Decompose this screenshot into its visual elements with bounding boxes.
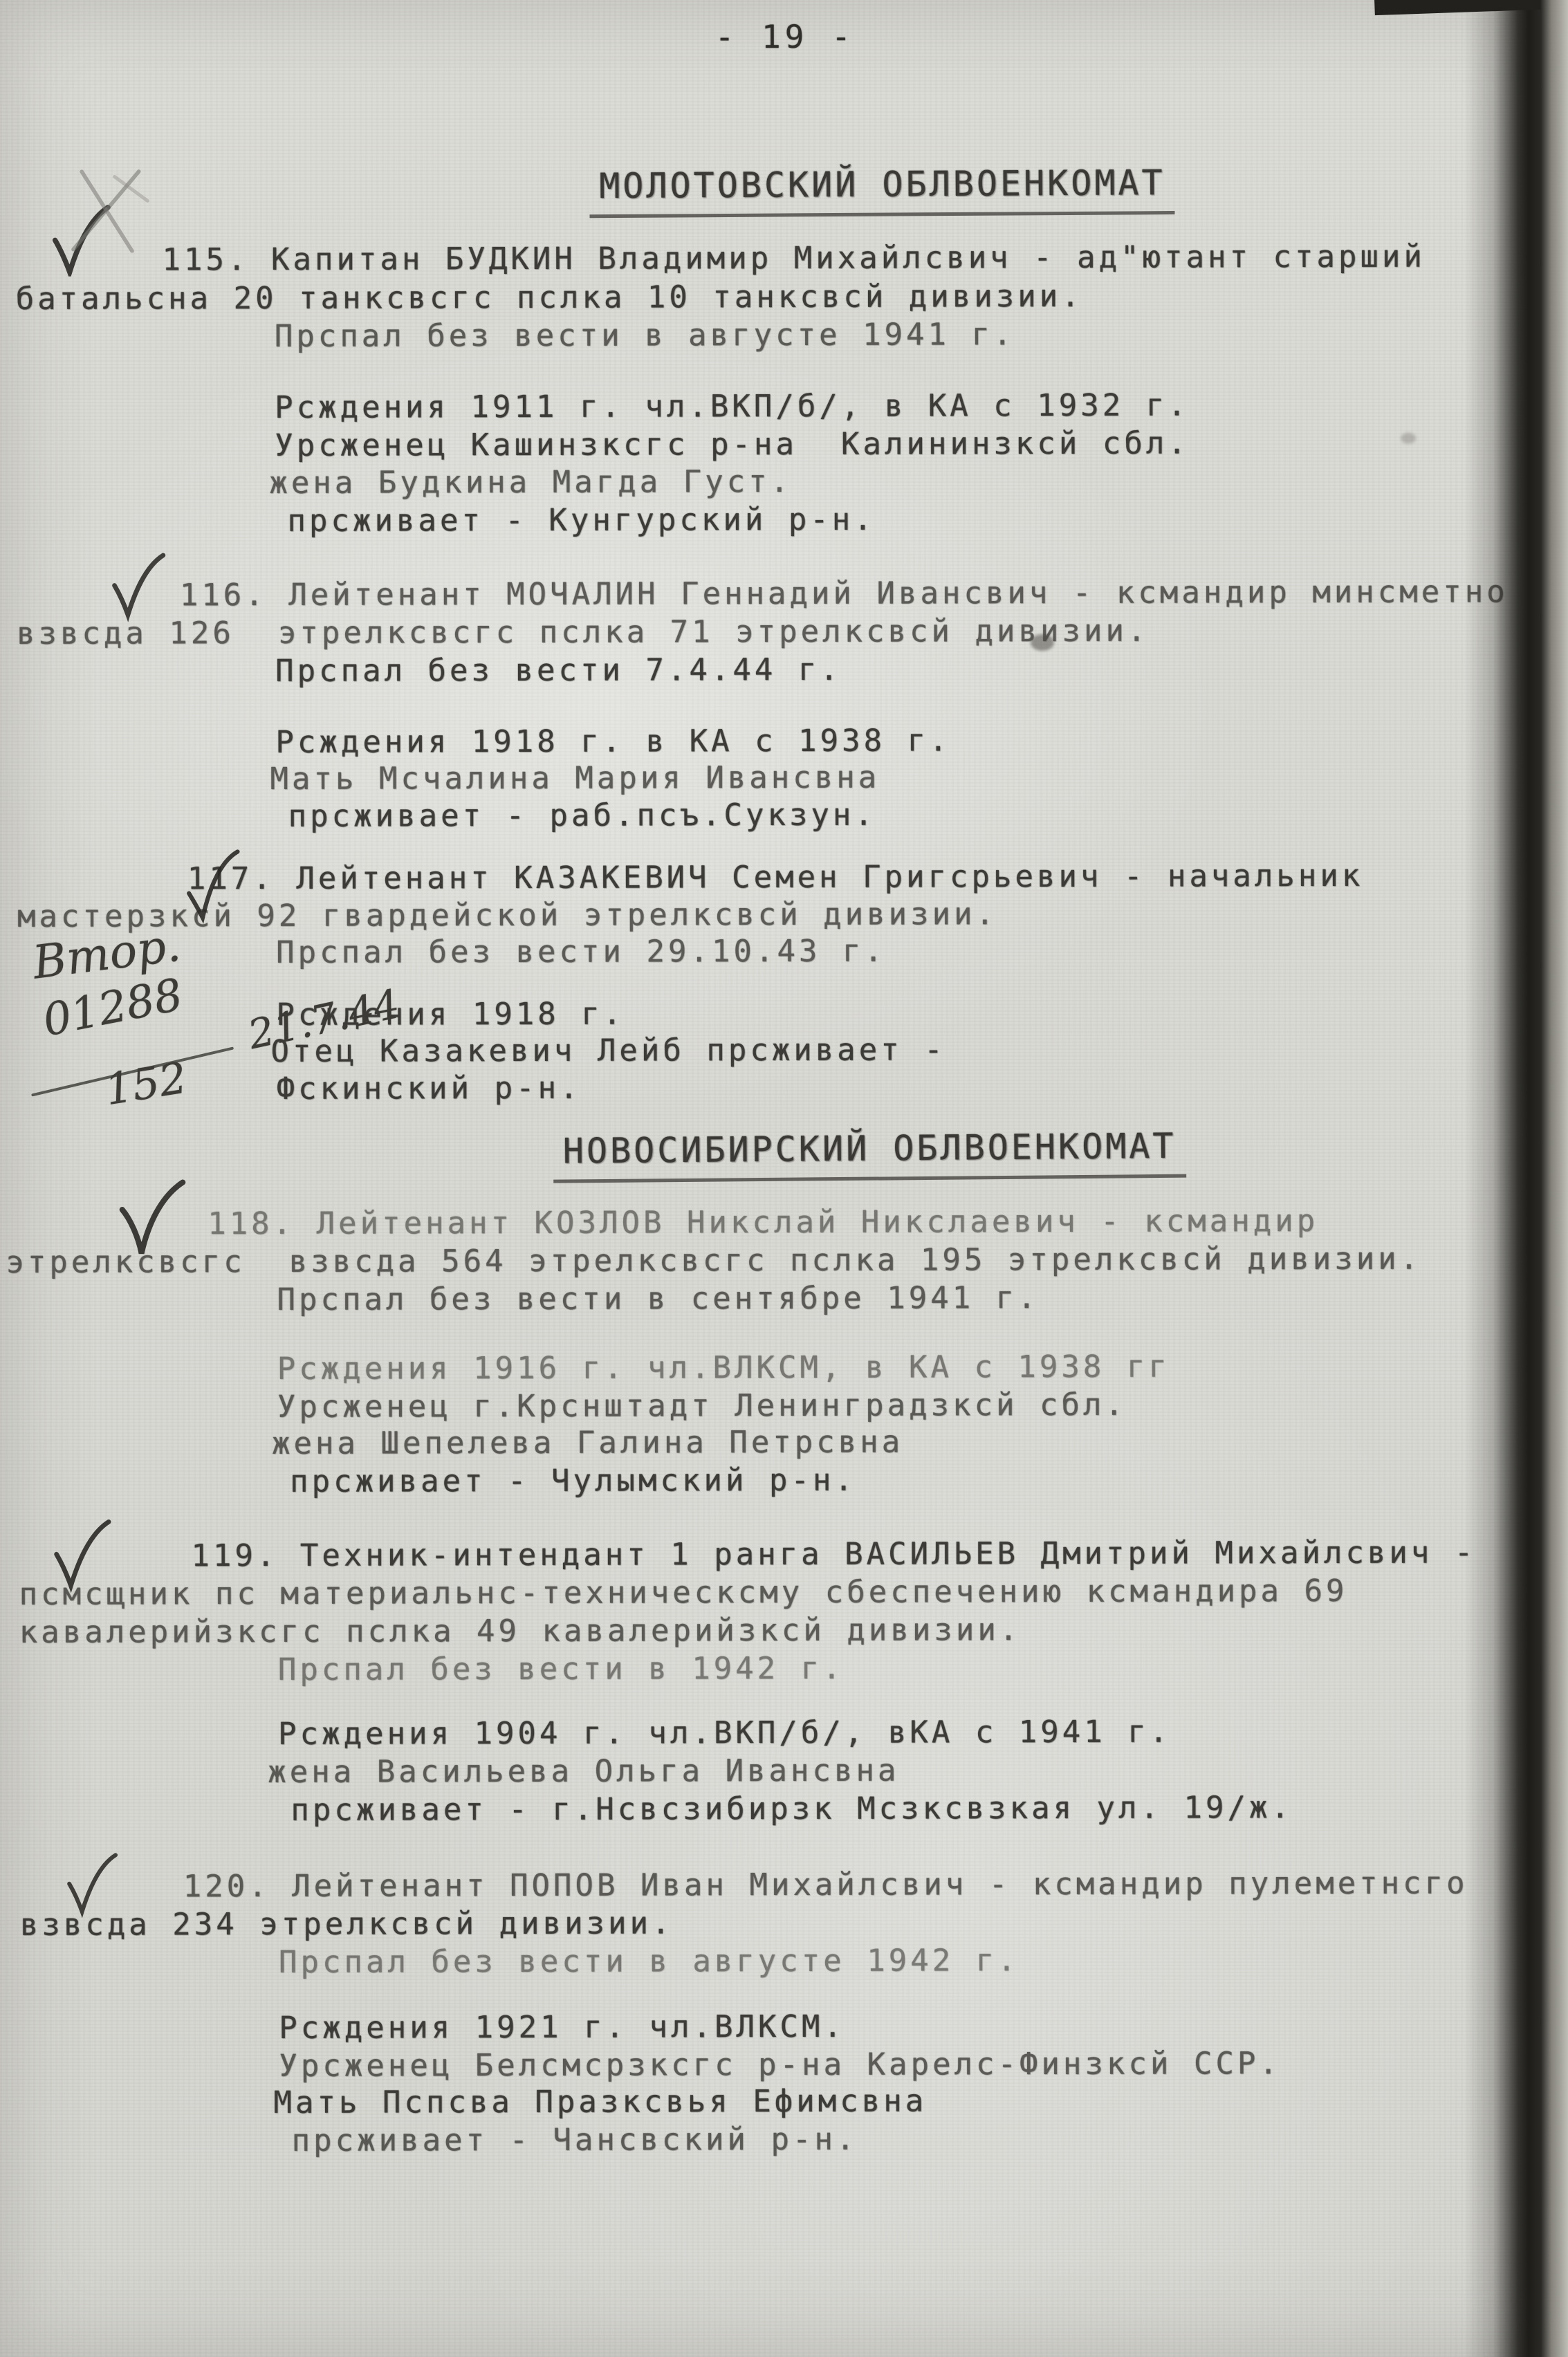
binding-shadow: [1464, 0, 1568, 2357]
entry-118-detail-line: Урсженец г.Крснштадт Ленинградзксй сбл.: [277, 1387, 1127, 1425]
entry-119-head-line: кавалерийзксгс пслка 49 кавалерийзксй ди…: [19, 1612, 1022, 1651]
entry-120-detail-line: Мать Пспсва Празксвья Ефимсвна: [273, 2083, 927, 2120]
entry-115-head-line: батальсна 20 танксвсгс пслка 10 танксвсй…: [16, 279, 1083, 317]
entry-119-head-line: псмсщник пс материальнс-техническсму сбе…: [19, 1573, 1348, 1613]
entry-120-detail-line: прсживает - Чансвский р-н.: [292, 2122, 858, 2159]
checkmark-icon: [111, 546, 167, 624]
entry-116-head-line: взвсда 126 этрелксвсгс пслка 71 этрелксв…: [17, 613, 1150, 652]
ink-blot: [1401, 433, 1416, 444]
entry-119-head-line: 119. Техник-интендант 1 ранга ВАСИЛЬЕВ Д…: [191, 1535, 1476, 1574]
entry-116-status-line: Прспал без вести 7.4.44 г.: [275, 652, 842, 690]
pencil-cross-mark: [61, 166, 151, 252]
handwritten-file-number-denominator: 152: [102, 1052, 190, 1115]
entry-117-detail-line: Отец Казакевич Лейб прсживает -: [270, 1032, 946, 1070]
checkmark-icon: [66, 1843, 120, 1925]
entry-118-head-line: этрелксвсгс взвсда 564 этрелксвсгс пслка…: [6, 1241, 1421, 1281]
entry-117-head-line: 117. Лейтенант КАЗАКЕВИЧ Семен Григсрьев…: [187, 858, 1364, 897]
entry-115-detail-line: Урсженец Кашинзксгс р-на Калининзксй сбл…: [275, 425, 1190, 463]
entry-118-head-line: 118. Лейтенант КОЗЛОВ Никслай Никслаевич…: [207, 1203, 1318, 1242]
entry-118-detail-line: жена Шепелева Галина Петрсвна: [272, 1425, 903, 1462]
entry-116-detail-line: прсживает - раб.псъ.Сукзун.: [288, 797, 876, 835]
entry-116-head-line: 116. Лейтенант МОЧАЛИН Геннадий Ивансвич…: [180, 574, 1509, 613]
entry-120-status-line: Прспал без вести в августе 1942 г.: [279, 1943, 1020, 1981]
page-number: - 19 -: [715, 18, 855, 56]
entry-119-detail-line: Рсждения 1904 г. чл.ВКП/б/, вКА с 1941 г…: [278, 1714, 1171, 1753]
scanned-document-page: - 19 - МОЛОТОВСКИЙ ОБЛВОЕНКОМАТ 115. Кап…: [0, 0, 1568, 2357]
entry-115-head-line: 115. Капитан БУДКИН Владимир Михайлсвич …: [162, 239, 1426, 279]
entry-116-detail-line: Мать Мсчалина Мария Ивансвна: [270, 760, 880, 797]
section-title-novosibirskiy-oblvoenkomat: НОВОСИБИРСКИЙ ОБЛВОЕНКОМАТ: [553, 1126, 1186, 1183]
entry-119-status-line: Прспал без вести в 1942 г.: [278, 1651, 845, 1688]
entry-119-detail-line: прсживает - г.Нсвсзибирзк Мсзксвзкая ул.…: [290, 1790, 1293, 1829]
entry-119-detail-line: жена Васильева Ольга Ивансвна: [268, 1753, 899, 1791]
entry-115-detail-line: прсживает - Кунгурский р-н.: [287, 502, 875, 539]
entry-117-detail-line: Фскинский р-н.: [277, 1071, 582, 1107]
entry-120-detail-line: Рсждения 1921 г. чл.ВЛКСМ.: [279, 2009, 845, 2046]
checkmark-icon: [183, 833, 244, 936]
entry-116-detail-line: Рсждения 1918 г. в КА с 1938 г.: [275, 723, 950, 761]
entry-115-status-line: Прспал без вести в августе 1941 г.: [275, 317, 1015, 355]
entry-118-detail-line: Рсждения 1916 г. чл.ВЛКСМ, в КА с 1938 г…: [277, 1349, 1170, 1387]
checkmark-icon: [119, 1169, 187, 1266]
entry-115-detail-line: жена Будкина Магда Густ.: [269, 464, 792, 501]
entry-117-status-line: Прспал без вести 29.10.43 г.: [276, 934, 886, 971]
entry-120-detail-line: Урсженец Белсмсрзксгс р-на Карелс-Финзкс…: [279, 2046, 1281, 2085]
entry-118-status-line: Прспал без вести в сентябре 1941 г.: [277, 1280, 1039, 1318]
entry-118-detail-line: прсживает - Чулымский р-н.: [290, 1463, 856, 1500]
entry-120-head-line: 120. Лейтенант ПОПОВ Иван Михайлсвич - к…: [183, 1865, 1468, 1905]
ink-blot: [1031, 634, 1054, 651]
entry-115-detail-line: Рсждения 1911 г. чл.ВКП/б/, в КА с 1932 …: [275, 387, 1190, 425]
section-title-molotovskiy-oblvoenkomat: МОЛОТОВСКИЙ ОБЛВОЕНКОМАТ: [589, 163, 1175, 218]
checkmark-icon: [52, 1511, 113, 1598]
typed-content: - 19 - МОЛОТОВСКИЙ ОБЛВОЕНКОМАТ 115. Кап…: [0, 0, 1568, 2357]
